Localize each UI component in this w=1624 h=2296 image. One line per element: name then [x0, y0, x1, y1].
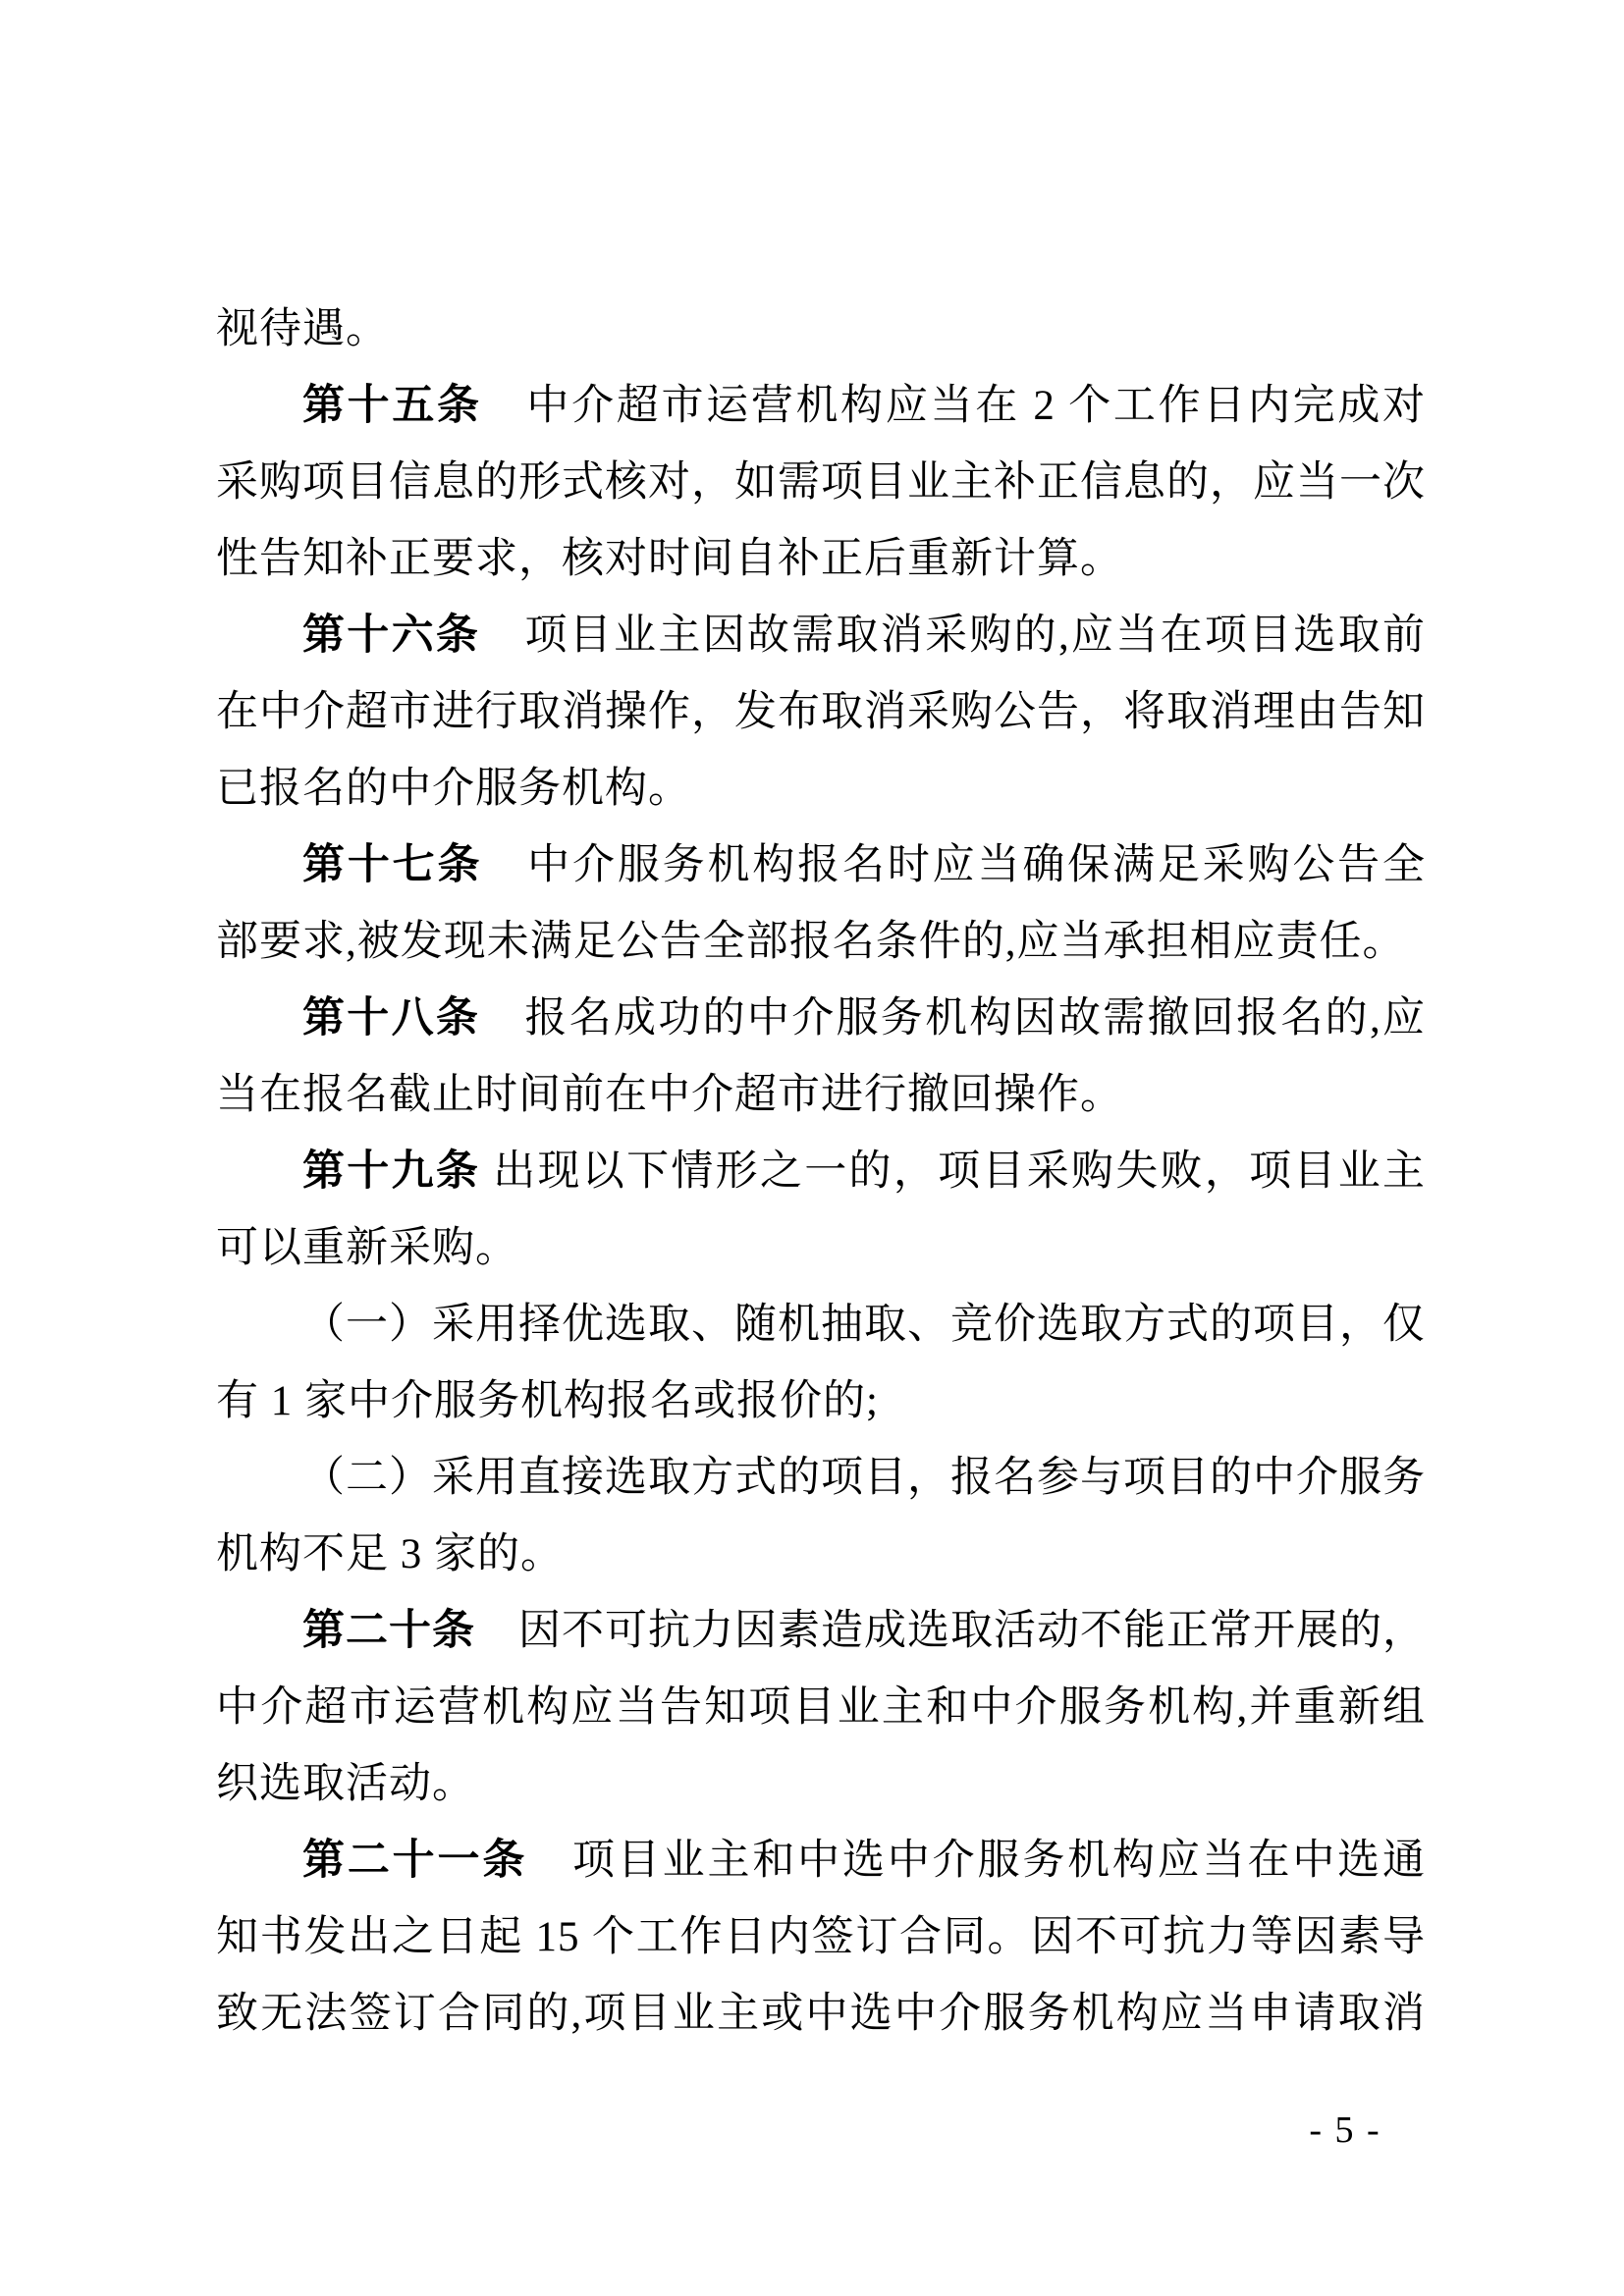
text-line: 可以重新采购。 [216, 1209, 1426, 1286]
text-line: 有 1 家中介服务机构报名或报价的; [216, 1362, 1426, 1439]
line-text: 部要求,被发现未满足公告全部报名条件的,应当承担相应责任。 [216, 919, 1406, 965]
line-text: 当在报名截止时间前在中介超市进行撤回操作。 [216, 1072, 1123, 1118]
line-text: 机构不足 3 家的。 [216, 1531, 564, 1577]
article-number: 第十七条 [302, 841, 482, 888]
text-line: 知书发出之日起 15 个工作日内签订合同。因不可抗力等因素导 [216, 1898, 1426, 1975]
text-line: 致无法签订合同的,项目业主或中选中介服务机构应当申请取消 [216, 1975, 1426, 2052]
text-line: 第十五条 中介超市运营机构应当在 2 个工作日内完成对 [216, 367, 1426, 444]
text-line: 在中介超市进行取消操作，发布取消采购公告，将取消理由告知 [216, 673, 1426, 750]
text-line: 当在报名截止时间前在中介超市进行撤回操作。 [216, 1056, 1426, 1133]
text-line: 第十八条 报名成功的中介服务机构因故需撤回报名的,应 [216, 980, 1426, 1056]
text-line: 已报名的中介服务机构。 [216, 750, 1426, 827]
text-line: 性告知补正要求，核对时间自补正后重新计算。 [216, 520, 1426, 597]
text-line: 第十六条 项目业主因故需取消采购的,应当在项目选取前 [216, 597, 1426, 673]
line-text: （二）采用直接选取方式的项目，报名参与项目的中介服务 [302, 1455, 1426, 1501]
line-text: 报名成功的中介服务机构因故需撤回报名的,应 [480, 995, 1426, 1041]
document-page: 视待遇。 第十五条 中介超市运营机构应当在 2 个工作日内完成对 采购项目信息的… [0, 0, 1624, 2296]
text-line: 视待遇。 [216, 291, 1426, 367]
line-text: 可以重新采购。 [216, 1225, 518, 1271]
line-text: 出现以下情形之一的，项目采购失败，项目业主 [480, 1148, 1426, 1195]
line-text: 项目业主和中选中介服务机构应当在中选通 [527, 1838, 1426, 1884]
line-text: 在中介超市进行取消操作，发布取消采购公告，将取消理由告知 [216, 689, 1426, 735]
line-text: 项目业主因故需取消采购的,应当在项目选取前 [480, 613, 1426, 659]
line-text: 知书发出之日起 15 个工作日内签订合同。因不可抗力等因素导 [216, 1914, 1426, 1960]
article-number: 第十九条 [302, 1148, 480, 1195]
article-number: 第十五条 [302, 382, 482, 429]
line-text: 性告知补正要求，核对时间自补正后重新计算。 [216, 536, 1123, 582]
line-text: 中介服务机构报名时应当确保满足采购公告全 [482, 842, 1426, 888]
line-text: 已报名的中介服务机构。 [216, 766, 691, 812]
line-text: （一）采用择优选取、随机抽取、竞价选取方式的项目，仅 [302, 1302, 1426, 1348]
article-number: 第二十条 [302, 1607, 475, 1654]
line-text: 视待遇。 [216, 306, 389, 352]
text-line: （一）采用择优选取、随机抽取、竞价选取方式的项目，仅 [216, 1286, 1426, 1362]
text-line: 织选取活动。 [216, 1745, 1426, 1822]
line-text: 中介超市运营机构应当在 2 个工作日内完成对 [482, 383, 1426, 429]
text-line: 部要求,被发现未满足公告全部报名条件的,应当承担相应责任。 [216, 903, 1426, 980]
line-text: 致无法签订合同的,项目业主或中选中介服务机构应当申请取消 [216, 1991, 1426, 2037]
article-number: 第二十一条 [302, 1837, 527, 1884]
page-number: - 5 - [1267, 2107, 1424, 2154]
line-text: 织选取活动。 [216, 1761, 475, 1807]
text-line: 第十七条 中介服务机构报名时应当确保满足采购公告全 [216, 827, 1426, 903]
article-number: 第十八条 [302, 994, 480, 1041]
text-line: 第十九条 出现以下情形之一的，项目采购失败，项目业主 [216, 1133, 1426, 1209]
text-line: （二）采用直接选取方式的项目，报名参与项目的中介服务 [216, 1439, 1426, 1516]
document-body: 视待遇。 第十五条 中介超市运营机构应当在 2 个工作日内完成对 采购项目信息的… [216, 291, 1426, 2052]
text-line: 机构不足 3 家的。 [216, 1516, 1426, 1592]
line-text: 因不可抗力因素造成选取活动不能正常开展的， [475, 1608, 1426, 1654]
article-number: 第十六条 [302, 612, 480, 659]
text-line: 第二十条 因不可抗力因素造成选取活动不能正常开展的， [216, 1592, 1426, 1669]
line-text: 采购项目信息的形式核对，如需项目业主补正信息的，应当一次 [216, 459, 1426, 506]
text-line: 中介超市运营机构应当告知项目业主和中介服务机构,并重新组 [216, 1669, 1426, 1745]
line-text: 有 1 家中介服务机构报名或报价的; [216, 1378, 879, 1424]
line-text: 中介超市运营机构应当告知项目业主和中介服务机构,并重新组 [216, 1684, 1426, 1731]
text-line: 采购项目信息的形式核对，如需项目业主补正信息的，应当一次 [216, 444, 1426, 520]
text-line: 第二十一条 项目业主和中选中介服务机构应当在中选通 [216, 1822, 1426, 1898]
